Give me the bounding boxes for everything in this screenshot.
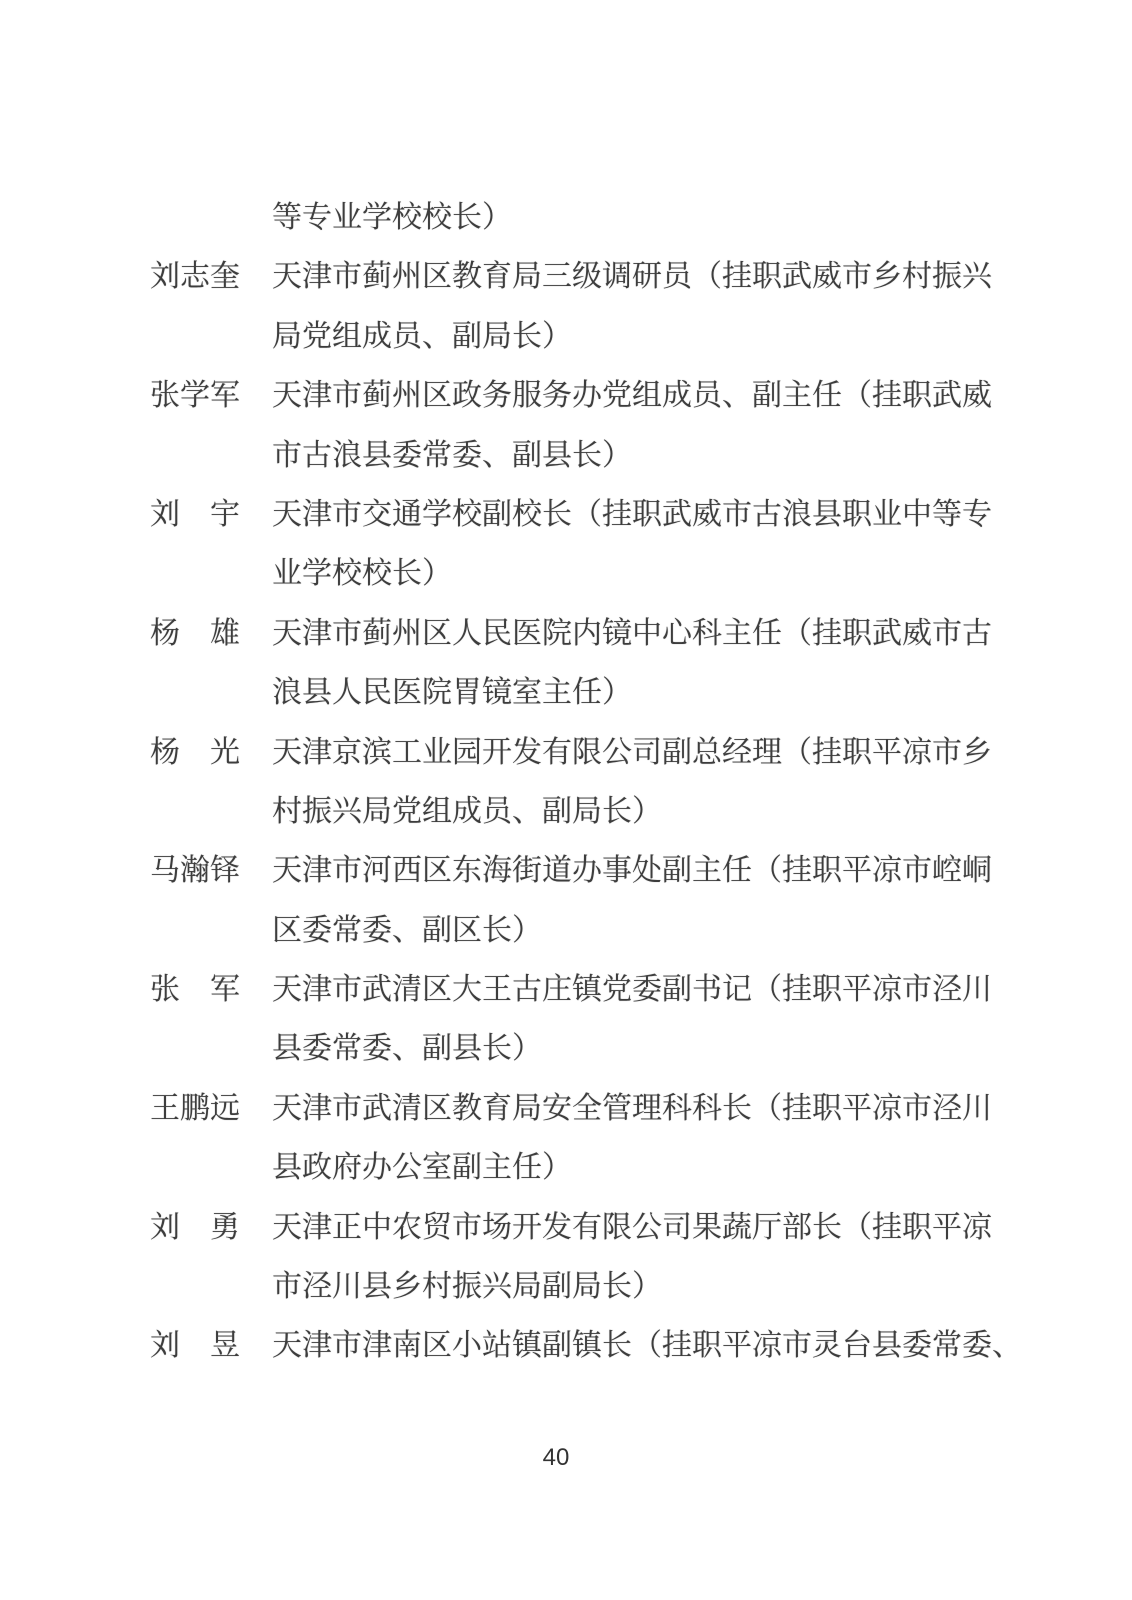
roster-entry: 杨 光 天津京滨工业园开发有限公司副总经理（挂职平凉市乡村振兴局党组成员、副局长… — [150, 723, 1000, 842]
roster-entry: 马瀚铎 天津市河西区东海街道办事处副主任（挂职平凉市崆峒区委常委、副区长） — [150, 841, 1000, 960]
person-name: 刘 勇 — [150, 1198, 246, 1257]
roster-entry: 刘志奎 天津市蓟州区教育局三级调研员（挂职武威市乡村振兴局党组成员、副局长） — [150, 247, 1000, 366]
page-number: 40 — [0, 1444, 1112, 1472]
text-line: 天津京滨工业园开发有限公司副总经理（挂职平凉市乡 — [272, 723, 998, 782]
roster-entry: 王鹏远 天津市武清区教育局安全管理科科长（挂职平凉市泾川县政府办公室副主任） — [150, 1079, 1000, 1198]
person-name: 刘 宇 — [150, 485, 246, 544]
text-line: 天津市蓟州区政务服务办党组成员、副主任（挂职武威 — [272, 366, 998, 425]
person-name: 张 军 — [150, 960, 246, 1019]
text-line: 天津市蓟州区人民医院内镜中心科主任（挂职武威市古 — [272, 604, 998, 663]
text-line: 天津市津南区小站镇副镇长（挂职平凉市灵台县委常委、 — [272, 1316, 998, 1375]
roster-entry: 张学军 天津市蓟州区政务服务办党组成员、副主任（挂职武威市古浪县委常委、副县长） — [150, 366, 1000, 485]
roster-entry: 杨 雄 天津市蓟州区人民医院内镜中心科主任（挂职武威市古浪县人民医院胃镜室主任） — [150, 604, 1000, 723]
position-lines: 天津市蓟州区政务服务办党组成员、副主任（挂职武威市古浪县委常委、副县长） — [272, 366, 998, 485]
text-line: 业学校校长） — [272, 544, 998, 603]
position-lines: 天津市武清区大王古庄镇党委副书记（挂职平凉市泾川县委常委、副县长） — [272, 960, 998, 1079]
person-name: 刘志奎 — [150, 247, 246, 306]
text-line: 天津市交通学校副校长（挂职武威市古浪县职业中等专 — [272, 485, 998, 544]
roster-entry: 刘 勇 天津正中农贸市场开发有限公司果蔬厅部长（挂职平凉市泾川县乡村振兴局副局长… — [150, 1198, 1000, 1317]
position-lines: 天津市蓟州区人民医院内镜中心科主任（挂职武威市古浪县人民医院胃镜室主任） — [272, 604, 998, 723]
person-name: 王鹏远 — [150, 1079, 246, 1138]
position-lines: 等专业学校校长） — [272, 188, 998, 247]
text-line: 村振兴局党组成员、副局长） — [272, 782, 998, 841]
position-lines: 天津京滨工业园开发有限公司副总经理（挂职平凉市乡村振兴局党组成员、副局长） — [272, 723, 998, 842]
position-lines: 天津正中农贸市场开发有限公司果蔬厅部长（挂职平凉市泾川县乡村振兴局副局长） — [272, 1198, 998, 1317]
text-line: 市古浪县委常委、副县长） — [272, 426, 998, 485]
roster-entry: 张 军 天津市武清区大王古庄镇党委副书记（挂职平凉市泾川县委常委、副县长） — [150, 960, 1000, 1079]
text-line: 区委常委、副区长） — [272, 901, 998, 960]
position-lines: 天津市蓟州区教育局三级调研员（挂职武威市乡村振兴局党组成员、副局长） — [272, 247, 998, 366]
entries-list: 等专业学校校长） 刘志奎 天津市蓟州区教育局三级调研员（挂职武威市乡村振兴局党组… — [150, 188, 1000, 1376]
text-line: 天津市河西区东海街道办事处副主任（挂职平凉市崆峒 — [272, 841, 998, 900]
text-line: 天津市武清区大王古庄镇党委副书记（挂职平凉市泾川 — [272, 960, 998, 1019]
text-line: 天津正中农贸市场开发有限公司果蔬厅部长（挂职平凉 — [272, 1198, 998, 1257]
text-line: 县委常委、副县长） — [272, 1019, 998, 1078]
position-lines: 天津市津南区小站镇副镇长（挂职平凉市灵台县委常委、 — [272, 1316, 998, 1375]
text-line: 局党组成员、副局长） — [272, 307, 998, 366]
text-line: 等专业学校校长） — [272, 188, 998, 247]
roster-entry: 刘 昱 天津市津南区小站镇副镇长（挂职平凉市灵台县委常委、 — [150, 1316, 1000, 1375]
person-name: 杨 光 — [150, 723, 246, 782]
text-line: 县政府办公室副主任） — [272, 1138, 998, 1197]
text-line: 天津市武清区教育局安全管理科科长（挂职平凉市泾川 — [272, 1079, 998, 1138]
roster-entry: 刘 宇 天津市交通学校副校长（挂职武威市古浪县职业中等专业学校校长） — [150, 485, 1000, 604]
person-name: 马瀚铎 — [150, 841, 246, 900]
text-line: 浪县人民医院胃镜室主任） — [272, 663, 998, 722]
text-line: 市泾川县乡村振兴局副局长） — [272, 1257, 998, 1316]
roster-entry: 等专业学校校长） — [150, 188, 1000, 247]
person-name: 杨 雄 — [150, 604, 246, 663]
position-lines: 天津市交通学校副校长（挂职武威市古浪县职业中等专业学校校长） — [272, 485, 998, 604]
position-lines: 天津市武清区教育局安全管理科科长（挂职平凉市泾川县政府办公室副主任） — [272, 1079, 998, 1198]
text-line: 天津市蓟州区教育局三级调研员（挂职武威市乡村振兴 — [272, 247, 998, 306]
position-lines: 天津市河西区东海街道办事处副主任（挂职平凉市崆峒区委常委、副区长） — [272, 841, 998, 960]
person-name: 刘 昱 — [150, 1316, 246, 1375]
document-page: 等专业学校校长） 刘志奎 天津市蓟州区教育局三级调研员（挂职武威市乡村振兴局党组… — [0, 0, 1132, 1600]
person-name: 张学军 — [150, 366, 246, 425]
